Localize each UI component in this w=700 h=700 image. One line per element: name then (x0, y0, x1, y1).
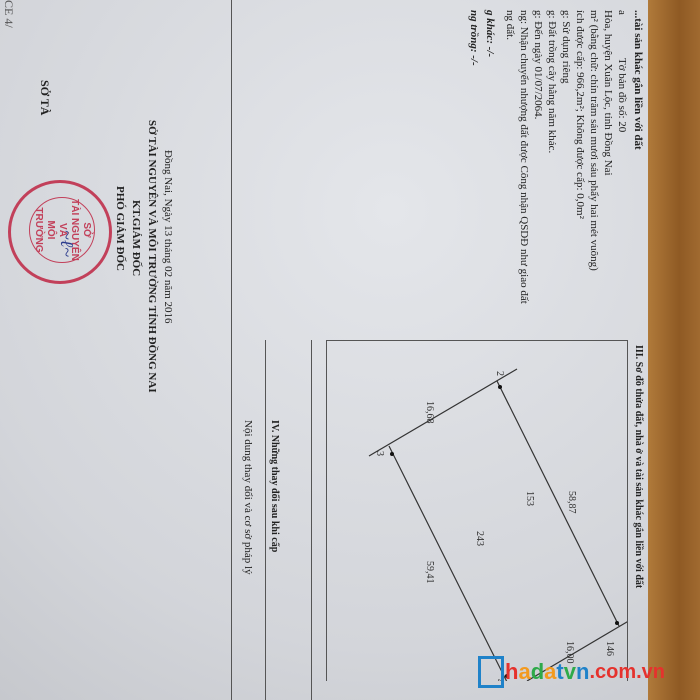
table-border (265, 340, 266, 700)
kt-label: KT.GIÁM ĐỐC (130, 200, 142, 276)
brand-letter: n (576, 659, 589, 685)
brand-letter: a (518, 659, 530, 685)
parcel-diagram-box: 243 153 146 58,87 59,41 16,00 16,68 2 3 … (326, 340, 628, 681)
perennial-trees: ng trồng: -/- (468, 10, 480, 66)
handwriting-note: CE 4/ (1, 0, 16, 28)
brand-letter: a (544, 659, 556, 685)
svg-text:153: 153 (524, 491, 535, 506)
svg-text:16,68: 16,68 (424, 401, 435, 424)
table-surface (648, 0, 700, 700)
section2-line: Hòa, huyện Xuân Lộc, tỉnh Đồng Nai (602, 10, 614, 176)
certificate-page: ...tài sản khác gắn liền với đất a Tờ bả… (0, 0, 652, 700)
agency-name: SỞ TÀI NGUYÊN VÀ MÔI TRƯỜNG TỈNH ĐỒNG NA… (146, 120, 158, 393)
brand-letter: t (556, 659, 563, 685)
date-line: Đồng Nai, Ngày 13 tháng 02 năm 2016 (162, 150, 174, 324)
section2-line: Tờ bản đồ số: 20 (616, 58, 628, 132)
parcel-diagram: 243 153 146 58,87 59,41 16,00 16,68 2 3 … (327, 341, 627, 681)
brand-letter: v (564, 659, 576, 685)
table-border (231, 0, 232, 700)
section3-heading: III. Sơ đồ thửa đất, nhà ở và tài sản kh… (633, 345, 644, 588)
brand-letter: h (505, 659, 518, 685)
stamp-text: SỞ (80, 222, 92, 237)
svg-text:1: 1 (624, 623, 627, 628)
section2-line: ng: Nhận chuyển nhượng đất được Công nhậ… (518, 10, 530, 304)
section2-line: ích được cấp: 966,2m²; Không được cấp: 0… (574, 10, 586, 219)
section2-line: m² (bằng chữ: chín trăm sáu mươi sáu phẩ… (588, 10, 600, 271)
svg-text:59,41: 59,41 (424, 561, 435, 584)
stamp-text: MÔI TRƯỜNG (32, 198, 56, 262)
section4-heading: IV. Những thay đổi sau khi cấp (269, 420, 280, 552)
svg-text:2: 2 (494, 371, 505, 376)
director-title: PHÓ GIÁM ĐỐC (114, 186, 126, 271)
svg-text:3: 3 (374, 451, 385, 456)
brand-letter: d (531, 659, 544, 685)
section2-heading: ...tài sản khác gắn liền với đất (632, 10, 644, 150)
other-assets: g khác: -/- (484, 10, 496, 57)
section2-line: a (616, 10, 628, 15)
column-header-changes: Nội dung thay đổi và cơ sở pháp lý (242, 420, 254, 575)
svg-text:243: 243 (474, 531, 485, 546)
svg-text:58,87: 58,87 (566, 491, 577, 514)
section2-line: ng đất. (504, 10, 516, 40)
table-border (311, 340, 312, 700)
brand-domain: .com.vn (589, 661, 665, 684)
signature-mark: ~ℓ~ (56, 230, 77, 257)
agency-fragment: SỞ TÀ (37, 80, 52, 115)
section2-line: g: Sử dụng riêng (560, 10, 572, 84)
section2-line: g: Đến ngày 01/07/2064. (532, 10, 544, 119)
section2-line: g: Đất trồng cây hằng năm khác. (546, 10, 558, 153)
house-logo-icon (478, 656, 504, 688)
hadatvn-watermark: h a d a t v n .com.vn (478, 652, 665, 692)
